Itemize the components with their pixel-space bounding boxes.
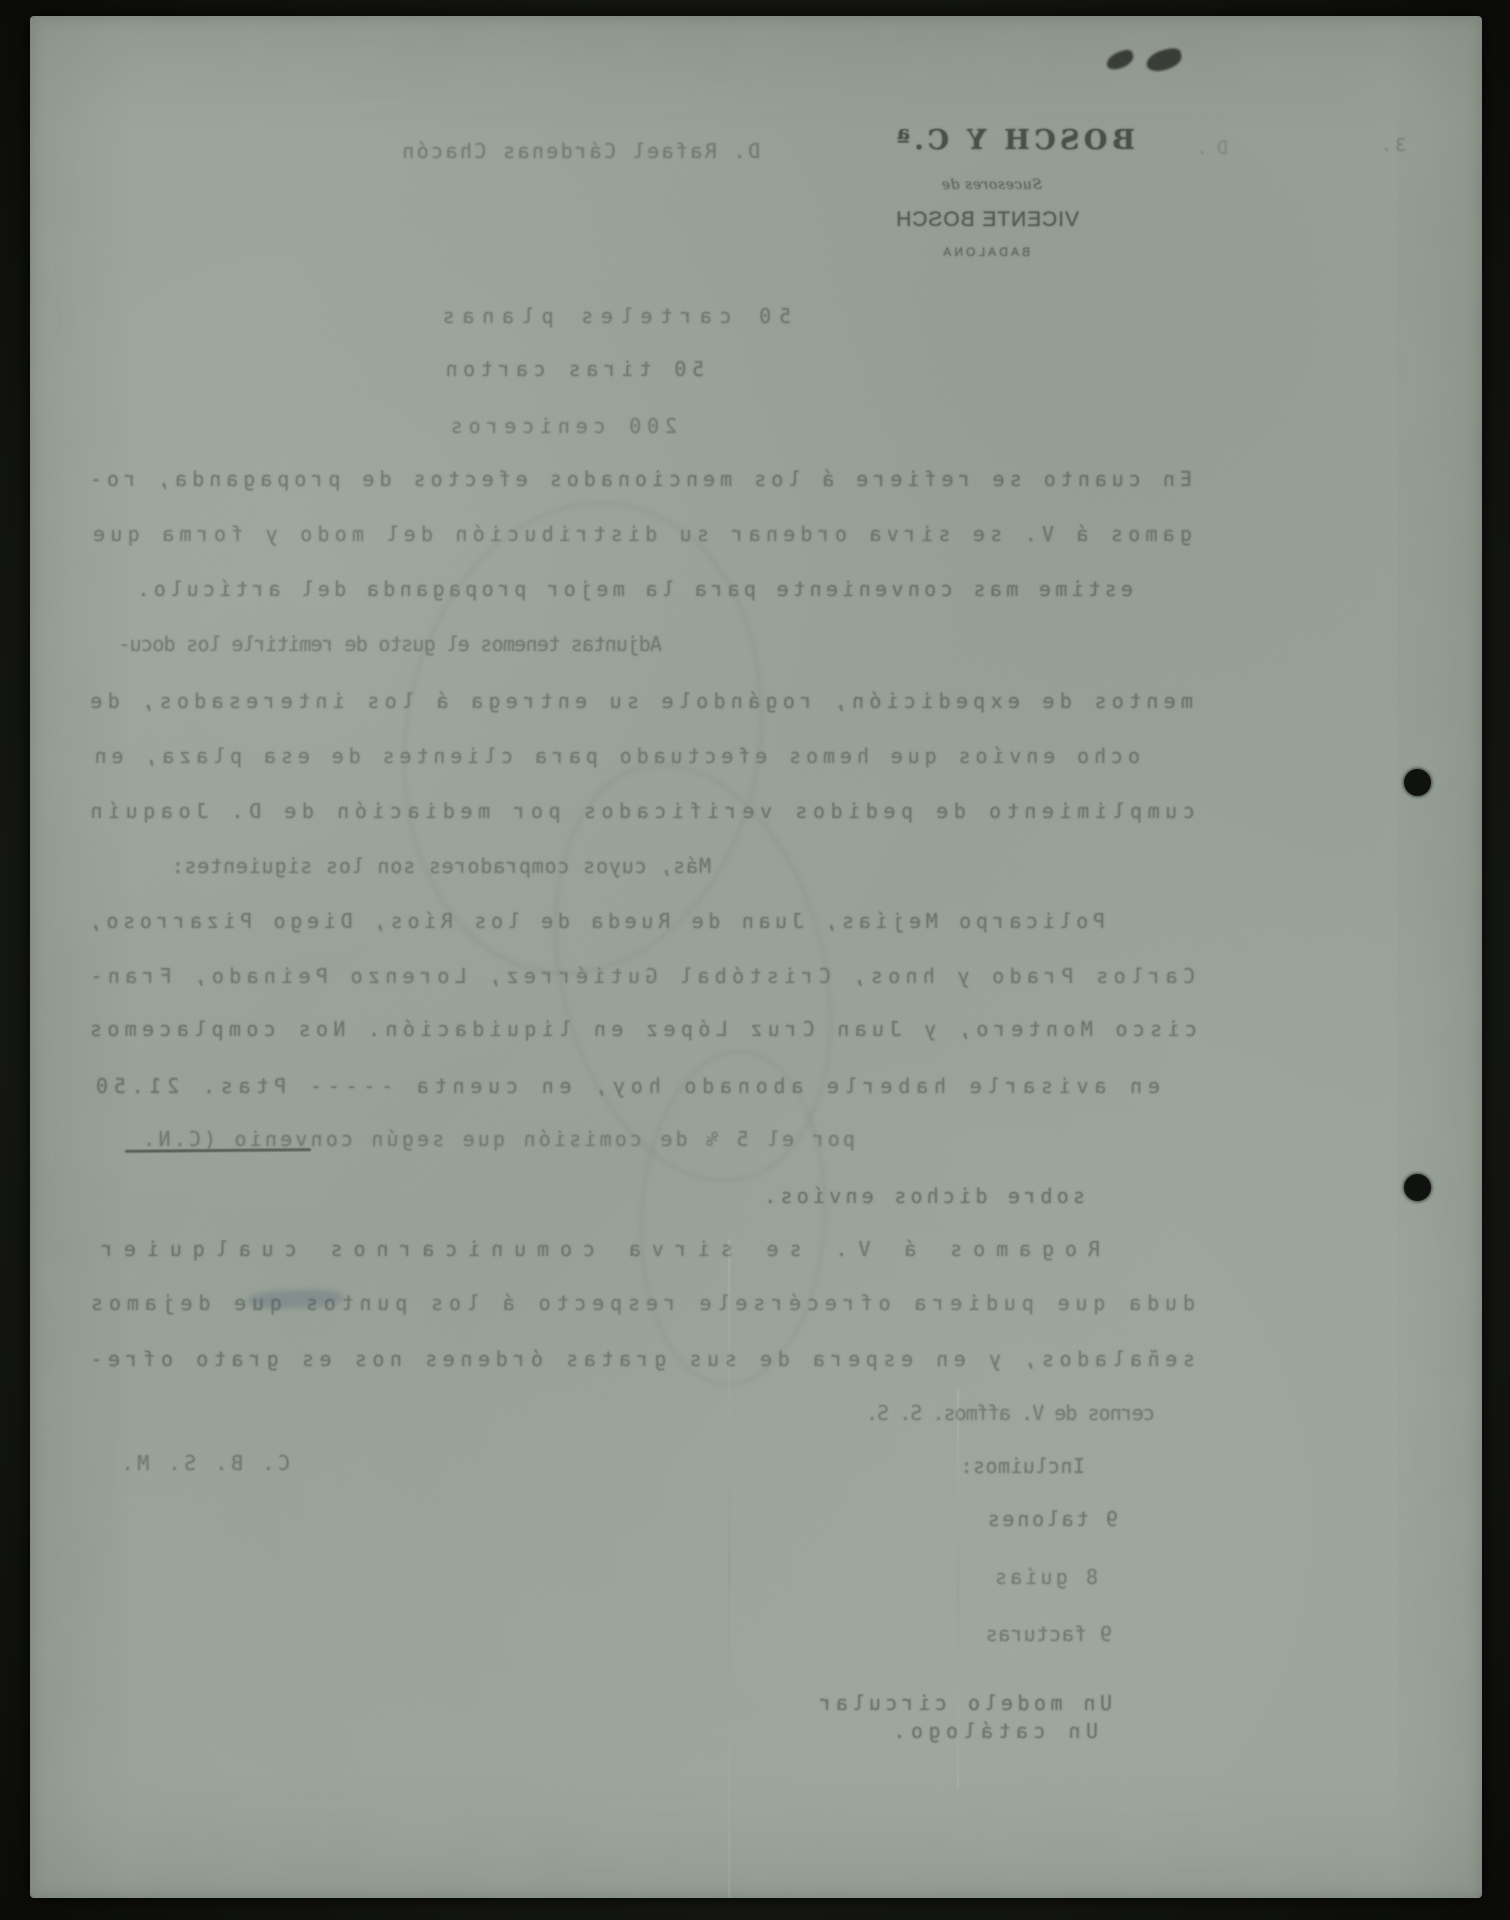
punch-hole (1404, 769, 1431, 796)
addressee-line: D. Rafael Cárdenas Chacón (400, 140, 760, 162)
item-line: 50 carteles planas (435, 305, 791, 327)
enclosure-line: 9 facturas (985, 1623, 1112, 1645)
ink-smudge (1144, 46, 1183, 73)
corner-mark: 3. (1378, 136, 1406, 156)
item-line: 50 tiras carton (440, 358, 704, 380)
enclosure-line: Un catálogo. (888, 1720, 1098, 1742)
letterhead-sub: Sucesores de (948, 178, 1042, 193)
enclosure-line: Un modelo circular (815, 1692, 1112, 1714)
item-line: 200 ceniceros (445, 415, 677, 437)
letterhead-city: BADALONA (948, 246, 1030, 259)
letterhead-name: VICENTE BOSCH (903, 208, 1079, 231)
closing-line: Incluimos: (960, 1455, 1085, 1477)
body-line: En cuanto se refiere á los mencionados e… (85, 468, 1192, 490)
enclosure-line: 9 talones (985, 1508, 1118, 1530)
letterhead-company: BOSCH Y C.ª (933, 126, 1135, 156)
punch-hole (1404, 1174, 1431, 1201)
ink-smudge (1104, 48, 1136, 72)
corner-mark: D. (1188, 138, 1228, 159)
paper-crease (728, 1240, 730, 1898)
body-line: cernos de V. affmos. S. S. (867, 1402, 1155, 1424)
enclosure-line: 8 guías (992, 1566, 1098, 1588)
closing-line: C. B. S. M. (118, 1452, 290, 1474)
paper-sheet: D. Rafael Cárdenas ChacónD.3.BOSCH Y C.ª… (30, 16, 1482, 1898)
underline-rule (125, 1148, 311, 1153)
paper-crease (957, 1390, 959, 1790)
body-line: Rogamos á V. se sirva comunicarnos cualq… (90, 1238, 1100, 1260)
body-line: señalados, y en espera de sus gratas órd… (85, 1348, 1195, 1370)
